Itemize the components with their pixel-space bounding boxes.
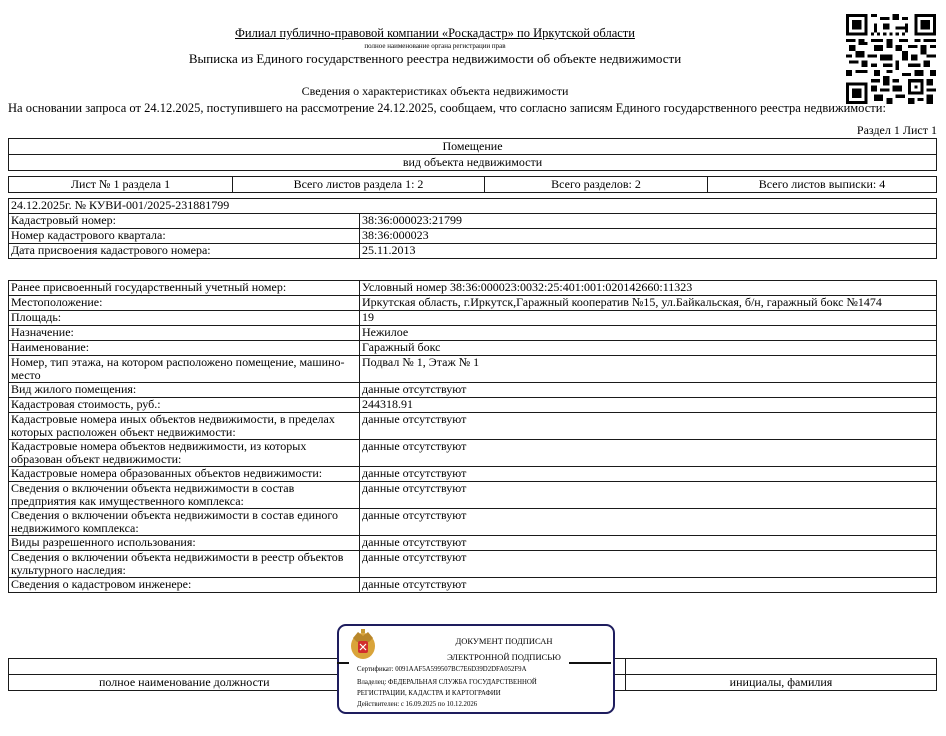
certificate-owner: Владелец: ФЕДЕРАЛЬНАЯ СЛУЖБА ГОСУДАРСТВЕ… [357, 679, 537, 686]
extract-number: 24.12.2025г. № КУВИ-001/2025-231881799 [9, 199, 937, 214]
organization-caption: полное наименование органа регистрации п… [0, 42, 870, 50]
field-label: Номер кадастрового квартала: [9, 229, 360, 244]
table-row: Назначение:Нежилое [9, 326, 937, 341]
field-label: Сведения о включении объекта недвижимост… [9, 482, 360, 509]
field-value: Нежилое [360, 326, 937, 341]
table-row: Кадастровые номера образованных объектов… [9, 467, 937, 482]
table-row: Вид жилого помещения:данные отсутствуют [9, 383, 937, 398]
field-value: Гаражный бокс [360, 341, 937, 356]
certificate-number: Сертификат: 0091AAF5A599507BC7E6D39D2DFA… [357, 666, 526, 673]
table-row: Номер кадастрового квартала: 38:36:00002… [9, 229, 937, 244]
certificate-validity: Действителен: с 16.09.2025 по 10.12.2026 [357, 701, 477, 708]
table-row: Площадь:19 [9, 311, 937, 326]
table-row: Наименование:Гаражный бокс [9, 341, 937, 356]
table-row: Сведения о включении объекта недвижимост… [9, 482, 937, 509]
field-label: Сведения о включении объекта недвижимост… [9, 509, 360, 536]
qr-code-icon [846, 14, 936, 104]
field-label: Дата присвоения кадастрового номера: [9, 244, 360, 259]
e-signature-stamp: ДОКУМЕНТ ПОДПИСАН ЭЛЕКТРОННОЙ ПОДПИСЬЮ С… [337, 624, 615, 714]
field-label: Площадь: [9, 311, 360, 326]
coat-of-arms-icon [349, 628, 377, 664]
field-label: Местоположение: [9, 296, 360, 311]
intro-text: На основании запроса от 24.12.2025, пост… [8, 101, 886, 116]
signed-label: ДОКУМЕНТ ПОДПИСАН [399, 636, 609, 646]
table-row: Номер, тип этажа, на котором расположено… [9, 356, 937, 383]
table-row: Кадастровая стоимость, руб.:244318.91 [9, 398, 937, 413]
sheet-info-table: Лист № 1 раздела 1 Всего листов раздела … [8, 176, 937, 193]
name-caption: инициалы, фамилия [626, 675, 937, 691]
field-value: данные отсутствуют [360, 482, 937, 509]
field-label: Виды разрешенного использования: [9, 536, 360, 551]
table-row: Кадастровые номера объектов недвижимости… [9, 440, 937, 467]
identification-table: 24.12.2025г. № КУВИ-001/2025-231881799 К… [8, 198, 937, 259]
cadastral-number-value: 38:36:000023:21799 [360, 214, 937, 229]
cadastral-quarter-value: 38:36:000023 [360, 229, 937, 244]
field-label: Ранее присвоенный государственный учетны… [9, 281, 360, 296]
assignment-date-value: 25.11.2013 [360, 244, 937, 259]
section-sheets-total: Всего листов раздела 1: 2 [233, 177, 485, 193]
field-value: данные отсутствуют [360, 536, 937, 551]
field-value: данные отсутствуют [360, 467, 937, 482]
table-row: Кадастровый номер: 38:36:000023:21799 [9, 214, 937, 229]
field-value: Условный номер 38:36:000023:0032:25:401:… [360, 281, 937, 296]
field-value: данные отсутствуют [360, 509, 937, 536]
table-row: Ранее присвоенный государственный учетны… [9, 281, 937, 296]
field-value: Иркутская область, г.Иркутск,Гаражный ко… [360, 296, 937, 311]
field-label: Сведения о включении объекта недвижимост… [9, 551, 360, 578]
stamp-divider [569, 662, 611, 664]
field-label: Кадастровый номер: [9, 214, 360, 229]
certificate-owner-2: РЕГИСТРАЦИИ, КАДАСТРА И КАРТОГРАФИИ [357, 690, 501, 697]
field-label: Кадастровые номера иных объектов недвижи… [9, 413, 360, 440]
field-value: данные отсутствуют [360, 413, 937, 440]
table-row: Сведения о кадастровом инженере:данные о… [9, 578, 937, 593]
field-value: данные отсутствуют [360, 383, 937, 398]
field-value: Подвал № 1, Этаж № 1 [360, 356, 937, 383]
table-row: Дата присвоения кадастрового номера: 25.… [9, 244, 937, 259]
object-type-table: Помещение вид объекта недвижимости [8, 138, 937, 171]
field-label: Номер, тип этажа, на котором расположено… [9, 356, 360, 383]
name-field [626, 659, 937, 675]
organization-name: Филиал публично-правовой компании «Роска… [0, 26, 870, 41]
table-row: Кадастровые номера иных объектов недвижи… [9, 413, 937, 440]
field-label: Кадастровые номера объектов недвижимости… [9, 440, 360, 467]
document-title: Выписка из Единого государственного реес… [0, 51, 870, 67]
object-type-value: Помещение [9, 139, 937, 155]
field-label: Назначение: [9, 326, 360, 341]
sheet-number: Лист № 1 раздела 1 [9, 177, 233, 193]
table-row: Местоположение:Иркутская область, г.Ирку… [9, 296, 937, 311]
field-value: данные отсутствуют [360, 440, 937, 467]
table-row: Сведения о включении объекта недвижимост… [9, 509, 937, 536]
field-value: данные отсутствуют [360, 578, 937, 593]
table-row: Сведения о включении объекта недвижимост… [9, 551, 937, 578]
sections-total: Всего разделов: 2 [485, 177, 708, 193]
characteristics-table: Ранее присвоенный государственный учетны… [8, 280, 937, 593]
field-value: 244318.91 [360, 398, 937, 413]
field-label: Кадастровые номера образованных объектов… [9, 467, 360, 482]
field-value: данные отсутствуют [360, 551, 937, 578]
field-label: Наименование: [9, 341, 360, 356]
field-label: Кадастровая стоимость, руб.: [9, 398, 360, 413]
field-label: Вид жилого помещения: [9, 383, 360, 398]
field-value: 19 [360, 311, 937, 326]
object-type-caption: вид объекта недвижимости [9, 155, 937, 171]
document-subtitle: Сведения о характеристиках объекта недви… [0, 84, 870, 99]
section-reference: Раздел 1 Лист 1 [857, 123, 937, 138]
extract-sheets-total: Всего листов выписки: 4 [708, 177, 937, 193]
signed-label-2: ЭЛЕКТРОННОЙ ПОДПИСЬЮ [399, 652, 609, 662]
table-row: Виды разрешенного использования:данные о… [9, 536, 937, 551]
stamp-divider [337, 662, 349, 664]
field-label: Сведения о кадастровом инженере: [9, 578, 360, 593]
